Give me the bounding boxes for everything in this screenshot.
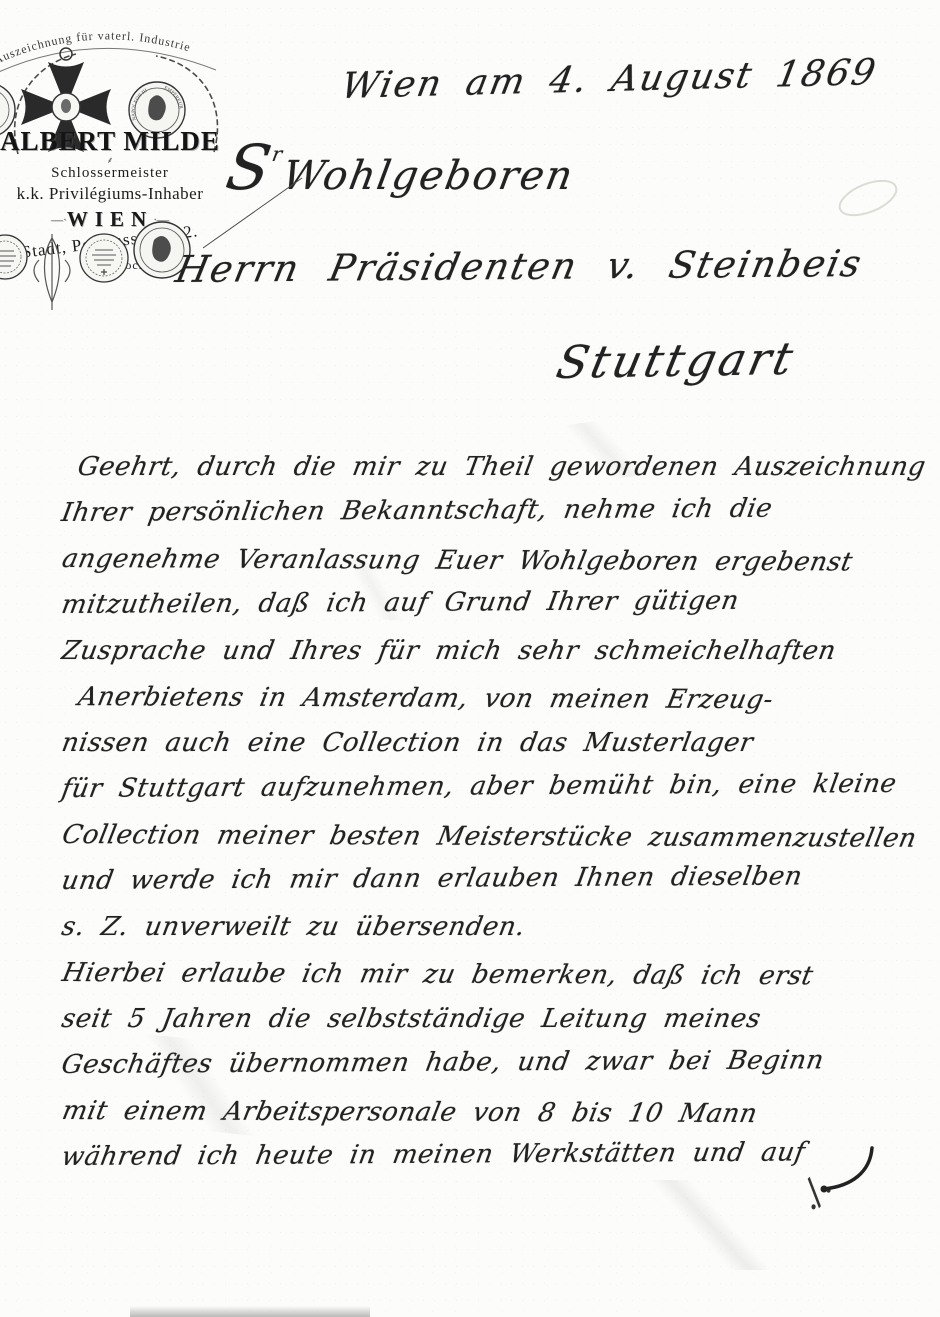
body-line: nissen auch eine Collection in das Muste…	[58, 720, 938, 766]
body-line: Geschäftes übernommen habe, und zwar bei…	[58, 1037, 939, 1088]
salutation-superscript: r	[270, 142, 284, 166]
scanned-letter-page: Auszeichnung für vaterl. Industrie	[0, 0, 940, 1317]
body-line: Geehrt, durch die mir zu Theil gewordene…	[58, 444, 938, 490]
body-line: Anerbietens in Amsterdam, von meinen Erz…	[58, 674, 938, 724]
letterhead-profession: Schlossermeister	[0, 165, 236, 182]
smudge	[620, 1180, 800, 1270]
ribbon-text: Auszeichnung für vaterl. Industrie	[0, 28, 193, 67]
monogram-ornament	[34, 234, 70, 310]
salutation-word: Wohlgeboren	[279, 153, 578, 199]
body-line: Zusprache und Ihres für mich sehr schmei…	[58, 628, 938, 674]
letterhead-name: ALBERT MILDE	[0, 126, 236, 157]
salutation: Sr Wohlgeboren	[222, 138, 580, 199]
scan-edge-artifact	[130, 1306, 370, 1317]
letter-body: Geehrt, durch die mir zu Theil gewordene…	[58, 444, 930, 1180]
exhibition-medal-2	[80, 234, 128, 282]
letterhead-privilege: k.k. Privilégiums-Inhaber	[0, 184, 236, 204]
body-line: mitzutheilen, daß ich auf Grund Ihrer gü…	[58, 577, 939, 628]
dateline: Wien am 4. August 1869	[338, 52, 880, 107]
body-line: und werde ich mir dann erlauben Ihnen di…	[58, 853, 939, 904]
body-line: Ihrer persönlichen Bekanntschaft, nehme …	[58, 485, 939, 536]
body-line: s. Z. unverweilt zu übersenden.	[58, 904, 938, 950]
exhibition-medal-1	[0, 235, 27, 279]
recipient-line: Herrn Präsidenten v. Steinbeis	[172, 242, 867, 291]
faint-oval-stamp	[835, 174, 901, 222]
body-line: seit 5 Jahren die selbstständige Leitung…	[58, 996, 938, 1042]
recipient-city: Stuttgart	[552, 332, 801, 389]
body-line: Hierbei erlaube ich mir zu bemerken, daß…	[58, 950, 938, 1000]
letterhead-ornament: ⸙	[0, 157, 236, 164]
body-line: für Stuttgart aufzunehmen, aber bemüht b…	[58, 761, 939, 812]
